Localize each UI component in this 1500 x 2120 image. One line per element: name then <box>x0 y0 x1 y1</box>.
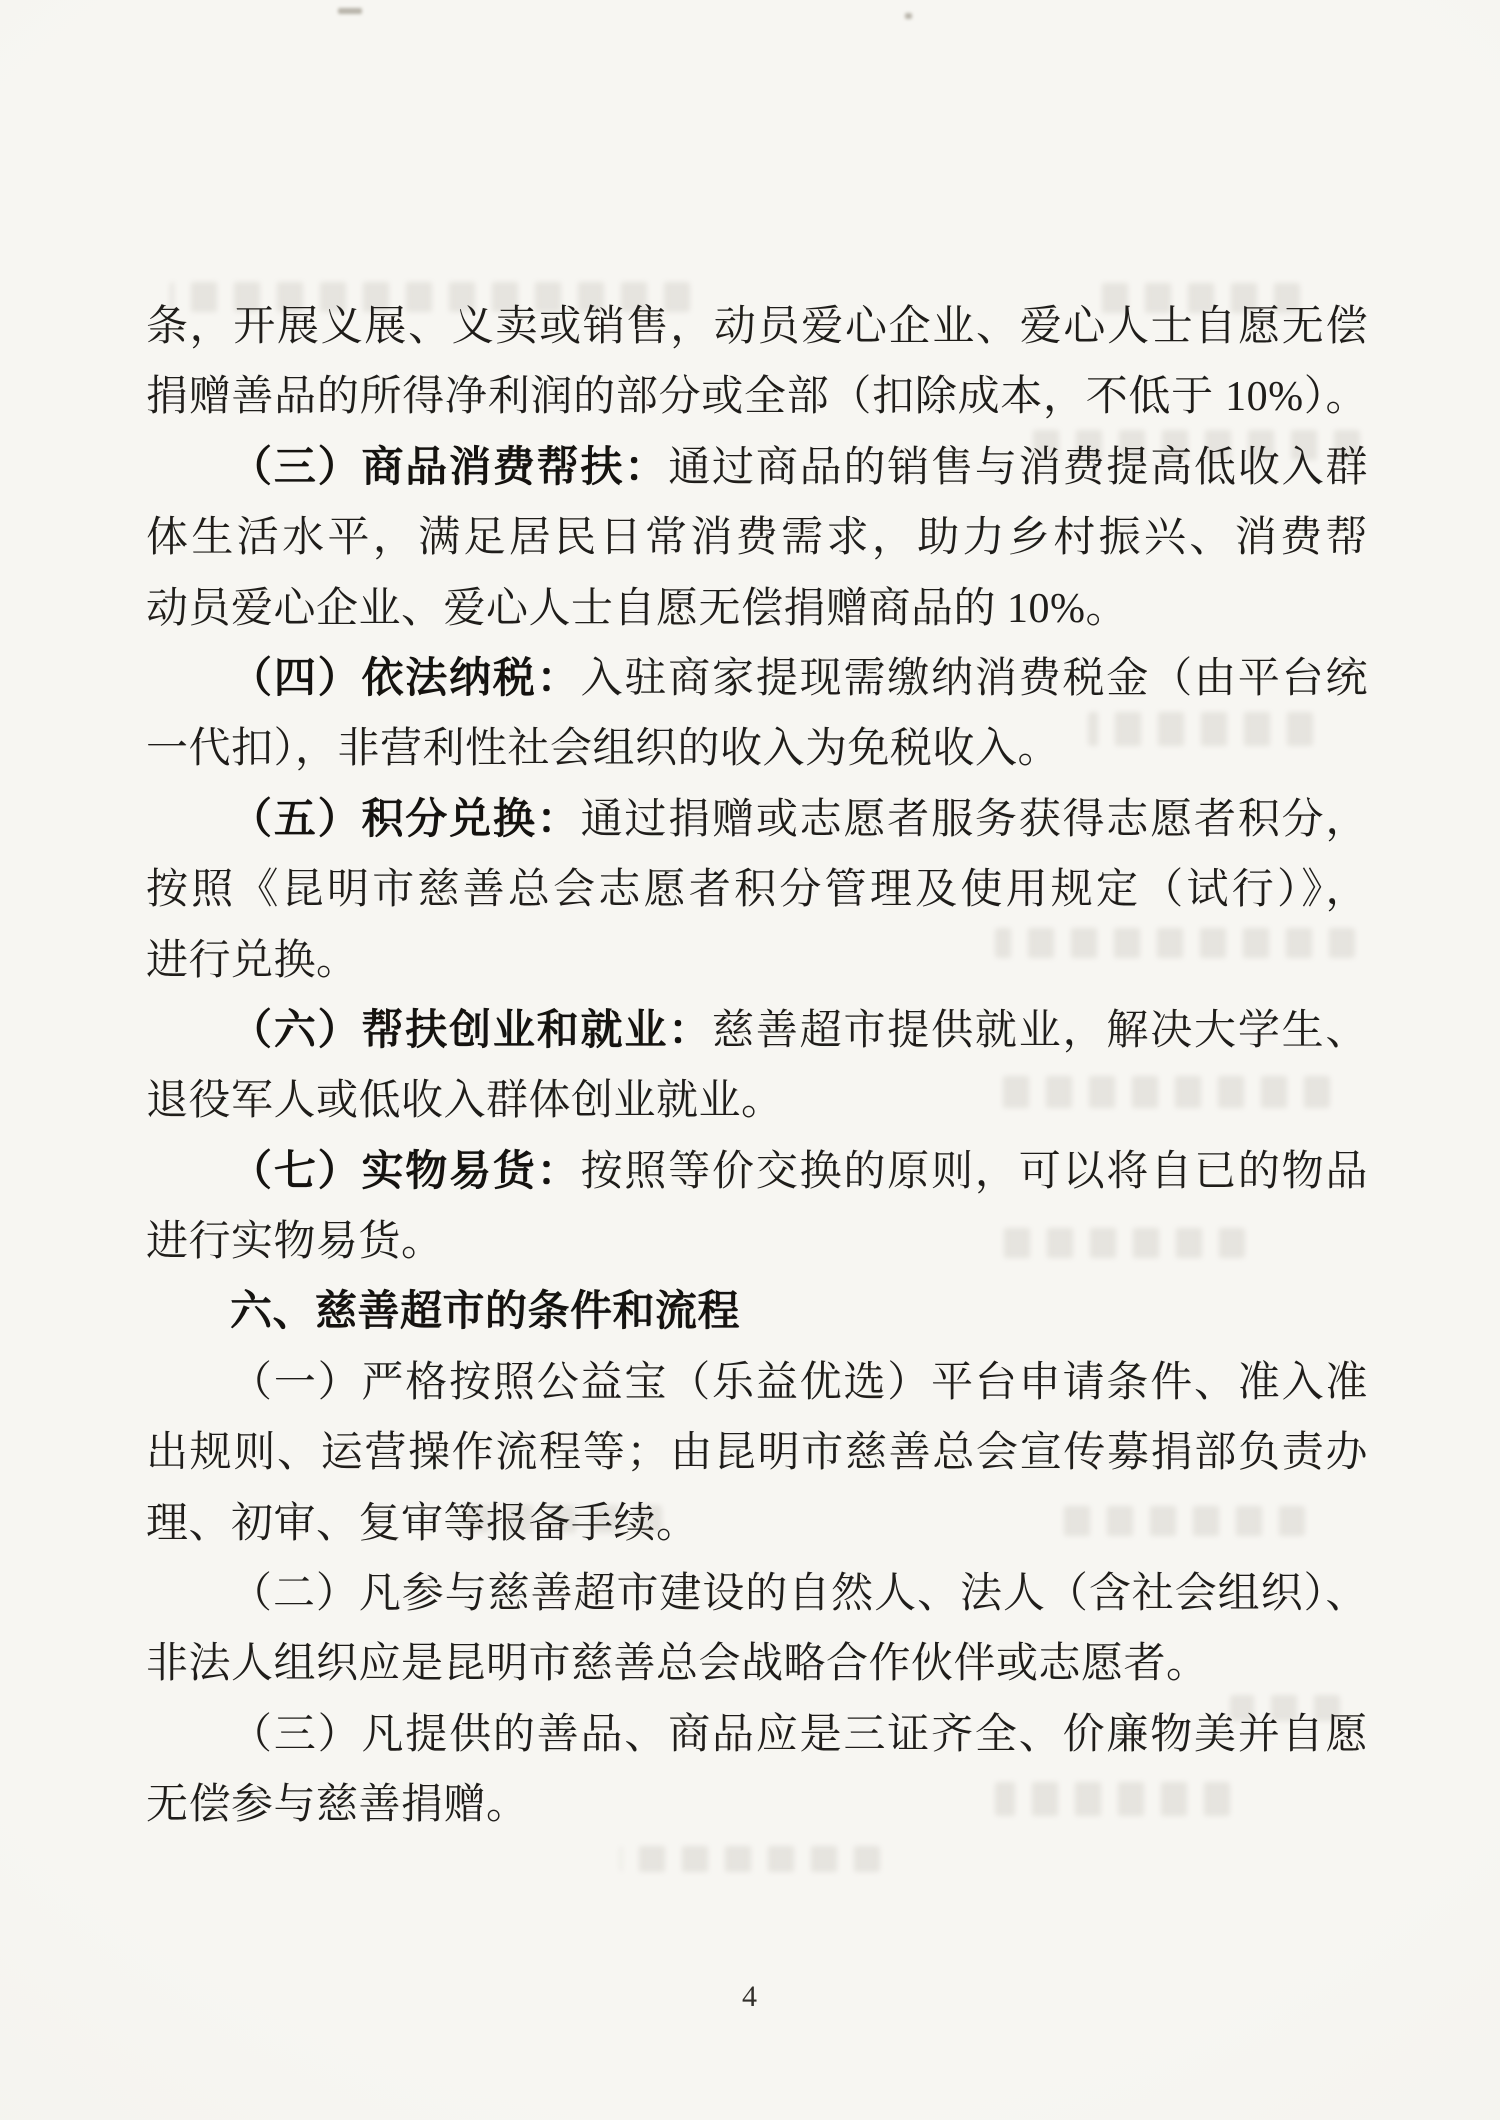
text-line: （三）商品消费帮扶：通过商品的销售与消费提高低收入群 <box>146 432 1368 502</box>
bold-run: （六）帮扶创业和就业： <box>230 1006 712 1053</box>
text-run: 一代扣），非营利性社会组织的收入为免税收入。 <box>146 726 1060 772</box>
text-line: 捐赠善品的所得净利润的部分或全部（扣除成本，不低于 10%）。 <box>146 361 1368 431</box>
text-run: 进行实物易货。 <box>146 1219 444 1265</box>
text-run: 非法人组织应是昆明市慈善总会战略合作伙伴或志愿者。 <box>146 1641 1209 1687</box>
page-number: 4 <box>0 1980 1500 2014</box>
document-text: 条，开展义展、义卖或销售，动员爱心企业、爱心人士自愿无偿 捐赠善品的所得净利润的… <box>146 291 1368 1840</box>
text-run: （三）凡提供的善品、商品应是三证齐全、价廉物美并自愿 <box>230 1712 1368 1758</box>
text-line: 退役军人或低收入群体创业就业。 <box>146 1065 1368 1135</box>
text-run: （一）严格按照公益宝（乐益优选）平台申请条件、准入准 <box>230 1360 1368 1406</box>
text-line: （一）严格按照公益宝（乐益优选）平台申请条件、准入准 <box>146 1347 1368 1417</box>
text-line: 动员爱心企业、爱心人士自愿无偿捐赠商品的 10%。 <box>146 573 1368 643</box>
text-run: 慈善超市提供就业，解决大学生、 <box>712 1008 1368 1054</box>
text-run: 通过捐赠或志愿者服务获得志愿者积分， <box>581 797 1368 843</box>
text-line: 无偿参与慈善捐赠。 <box>146 1769 1368 1839</box>
text-line: （二）凡参与慈善超市建设的自然人、法人（含社会组织）、 <box>146 1558 1368 1628</box>
text-run: 进行兑换。 <box>146 938 359 984</box>
text-line: 体生活水平，满足居民日常消费需求，助力乡村振兴、消费帮扶。 <box>146 502 1368 572</box>
text-line: （七）实物易货：按照等价交换的原则，可以将自已的物品 <box>146 1136 1368 1206</box>
text-run: 体生活水平，满足居民日常消费需求，助力乡村振兴、消费帮扶。 <box>146 515 1368 572</box>
bleed-through-ghost-text <box>620 1846 880 1872</box>
bold-run: （三）商品消费帮扶： <box>230 443 668 490</box>
text-run: 捐赠善品的所得净利润的部分或全部（扣除成本，不低于 10%）。 <box>146 374 1368 420</box>
text-run: 动员爱心企业、爱心人士自愿无偿捐赠商品的 10%。 <box>146 586 1128 632</box>
text-run: 条，开展义展、义卖或销售，动员爱心企业、爱心人士自愿无偿 <box>146 304 1368 350</box>
bold-run: （五）积分兑换： <box>230 795 581 842</box>
text-run: 按照等价交换的原则，可以将自已的物品 <box>581 1149 1368 1195</box>
text-run: 按照《昆明市慈善总会志愿者积分管理及使用规定（试行）》， <box>146 867 1368 913</box>
text-line: 出规则、运营操作流程等；由昆明市慈善总会宣传募捐部负责办 <box>146 1417 1368 1487</box>
text-line: 理、初审、复审等报备手续。 <box>146 1488 1368 1558</box>
text-run: 通过商品的销售与消费提高低收入群 <box>668 445 1368 491</box>
text-line: （三）凡提供的善品、商品应是三证齐全、价廉物美并自愿 <box>146 1699 1368 1769</box>
scan-artifact <box>905 13 912 19</box>
text-line: 条，开展义展、义卖或销售，动员爱心企业、爱心人士自愿无偿 <box>146 291 1368 361</box>
text-run: 无偿参与慈善捐赠。 <box>146 1782 529 1828</box>
text-run: 理、初审、复审等报备手续。 <box>146 1501 699 1547</box>
text-run: （二）凡参与慈善超市建设的自然人、法人（含社会组织）、 <box>230 1571 1368 1617</box>
scanned-document-page: 条，开展义展、义卖或销售，动员爱心企业、爱心人士自愿无偿 捐赠善品的所得净利润的… <box>0 0 1500 2120</box>
text-line: 进行实物易货。 <box>146 1206 1368 1276</box>
text-run: 退役军人或低收入群体创业就业。 <box>146 1078 784 1124</box>
bold-run: 六、慈善超市的条件和流程 <box>230 1287 740 1334</box>
text-line: 非法人组织应是昆明市慈善总会战略合作伙伴或志愿者。 <box>146 1628 1368 1698</box>
text-line: 进行兑换。 <box>146 925 1368 995</box>
text-line: （五）积分兑换：通过捐赠或志愿者服务获得志愿者积分， <box>146 784 1368 854</box>
text-line: 按照《昆明市慈善总会志愿者积分管理及使用规定（试行）》， <box>146 854 1368 924</box>
text-line: 一代扣），非营利性社会组织的收入为免税收入。 <box>146 713 1368 783</box>
bold-run: （四）依法纳税： <box>230 654 581 701</box>
text-line: （四）依法纳税：入驻商家提现需缴纳消费税金（由平台统 <box>146 643 1368 713</box>
section-heading: 六、慈善超市的条件和流程 <box>146 1276 1368 1346</box>
scan-artifact <box>338 8 362 14</box>
text-line: （六）帮扶创业和就业：慈善超市提供就业，解决大学生、 <box>146 995 1368 1065</box>
text-run: 出规则、运营操作流程等；由昆明市慈善总会宣传募捐部负责办 <box>146 1430 1368 1476</box>
bold-run: （七）实物易货： <box>230 1147 581 1194</box>
text-run: 入驻商家提现需缴纳消费税金（由平台统 <box>581 656 1368 702</box>
